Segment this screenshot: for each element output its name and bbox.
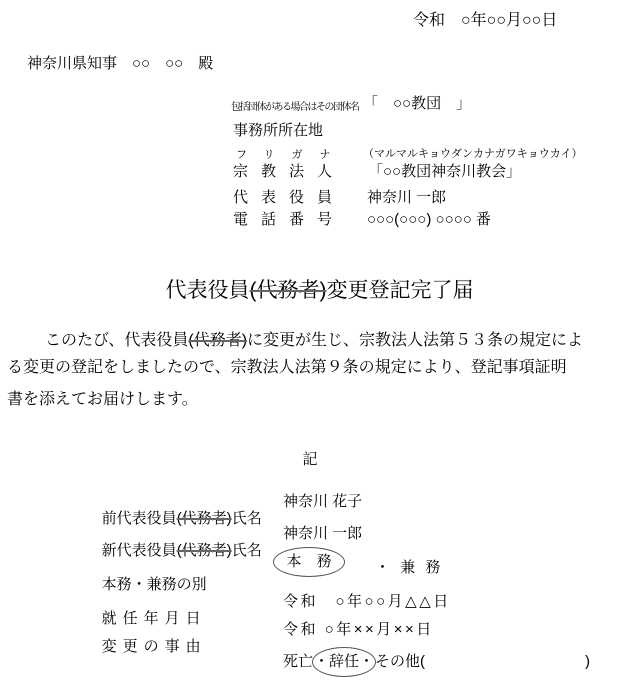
phone-label: 電話番号: [233, 208, 345, 229]
representative-name: 神奈川 一郎: [367, 186, 446, 207]
addressee-line: 神奈川県知事 ○○ ○○ 殿: [27, 52, 213, 73]
umbrella-org-note-label: 包括団体がある場合はその団体名: [231, 98, 359, 113]
row-duty-type: 本務・兼務の別 本 務 ・ 兼 務: [85, 556, 630, 578]
reason-close-paren: ): [585, 653, 590, 670]
body-line1-post: に変更が生じ、宗教法人法第５３条の規定によ: [247, 332, 583, 349]
office-address-label: 事務所所在地: [233, 119, 323, 140]
document-page: 令和 ○年○○月○○日 神奈川県知事 ○○ ○○ 殿 包括団体がある場合はその団…: [0, 0, 639, 686]
representative-label: 代表役員: [233, 186, 345, 207]
reason-other: その他(: [375, 653, 425, 670]
body-line-2: る変更の登記をしましたので、宗教法人法第９条の規定により、登記事項証明: [7, 354, 567, 377]
religious-corp-name: 「○○教団神奈川教会」: [368, 160, 521, 181]
appointment-date-value: 令和 ○年○○月△△日: [283, 590, 451, 611]
body-struck-daimusha: (代務者): [188, 332, 247, 349]
duty-type-other-choice: ・ 兼 務: [375, 556, 443, 577]
change-reason-date-value: 令和 ○年××月××日: [283, 618, 434, 639]
reason-death: 死亡: [283, 653, 313, 670]
circled-honmu-choice: 本 務: [273, 547, 345, 577]
circled-jinin-choice: ・辞任・: [312, 647, 376, 677]
row-former-representative: 前代表役員(代務者)氏名 神奈川 花子: [85, 490, 630, 512]
body-line-1: このたび、代表役員(代務者)に変更が生じ、宗教法人法第５３条の規定によ: [7, 327, 583, 350]
religious-corp-label: 宗教法人: [233, 160, 345, 181]
title-pre: 代表役員: [166, 279, 250, 302]
document-date: 令和 ○年○○月○○日: [413, 7, 557, 30]
row-appointment-date: 就任年月日 令和 ○年○○月△△日: [85, 590, 630, 612]
title-struck-daimusha: (代務者): [250, 279, 327, 302]
row-change-reason-choices: 死亡・辞任・その他(): [85, 650, 630, 672]
umbrella-org-name-value: 「 ○○教団 」: [363, 92, 471, 113]
title-post: 変更登記完了届: [327, 279, 474, 302]
body-line1-pre: このたび、代表役員: [45, 332, 188, 349]
furigana-value: （マルマルキョウダンカナガワキョウカイ）: [363, 145, 582, 161]
former-representative-name: 神奈川 花子: [283, 490, 362, 511]
phone-number: ○○○(○○○) ○○○○ 番: [367, 208, 491, 229]
row-change-reason: 変更の事由 令和 ○年××月××日: [85, 618, 630, 640]
body-line-3: 書を添えてお届けします。: [7, 386, 198, 409]
section-marker-ki: 記: [0, 448, 620, 469]
document-title: 代表役員(代務者)変更登記完了届: [0, 274, 639, 304]
new-representative-name: 神奈川 一郎: [283, 522, 362, 543]
row-new-representative: 新代表役員(代務者)氏名 神奈川 一郎: [85, 522, 630, 544]
reason-choices-line: 死亡・辞任・その他(): [283, 650, 590, 671]
